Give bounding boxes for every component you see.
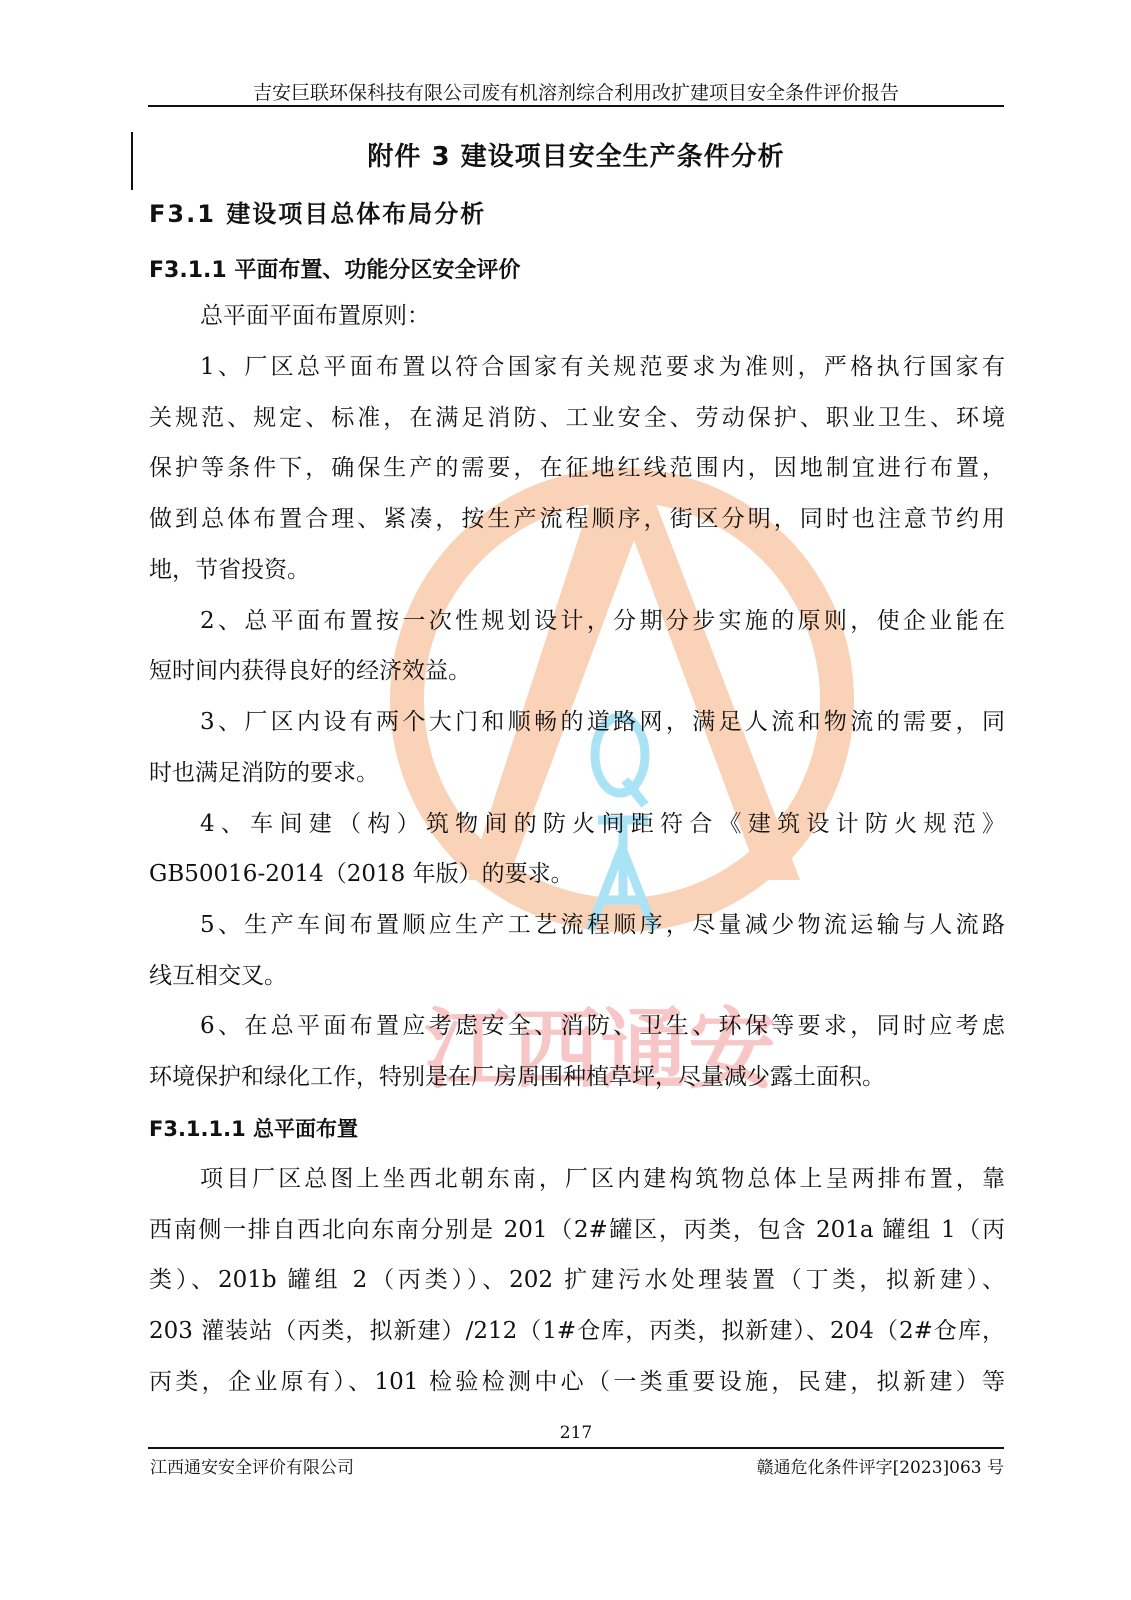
- paragraph-line: 3、厂区内设有两个大门和顺畅的道路网，满足人流和物流的需要，同: [200, 707, 1005, 737]
- paragraph-line: 2、总平面布置按一次性规划设计，分期分步实施的原则，使企业能在: [200, 606, 1005, 636]
- paragraph-line: 保护等条件下，确保生产的需要，在征地红线范围内，因地制宜进行布置，: [149, 453, 1005, 483]
- margin-bar: [131, 132, 133, 190]
- paragraph-line: GB50016-2014（2018 年版）的要求。: [149, 859, 1005, 889]
- paragraph-line: 5、生产车间布置顺应生产工艺流程顺序，尽量减少物流运输与人流路: [200, 910, 1005, 940]
- paragraph-line: 地，节省投资。: [149, 555, 1005, 585]
- section-heading: F3.1 建设项目总体布局分析: [149, 194, 486, 229]
- page-number: 217: [148, 1423, 1004, 1443]
- paragraph-line: 6、在总平面布置应考虑安全、消防、卫生、环保等要求，同时应考虑: [200, 1011, 1005, 1041]
- paragraph-line: 类）、201b 罐组 2（丙类））、202 扩建污水处理装置（丁类，拟新建）、: [149, 1265, 1005, 1295]
- document-title: 附件 3 建设项目安全生产条件分析: [148, 136, 1004, 173]
- paragraph-line: 环境保护和绿化工作，特别是在厂房周围种植草坪，尽量减少露土面积。: [149, 1062, 1005, 1092]
- paragraph-line: 做到总体布置合理、紧凑，按生产流程顺序，街区分明，同时也注意节约用: [149, 504, 1005, 534]
- paragraph-line: 线互相交叉。: [149, 961, 1005, 991]
- footer-doc-number: 赣通危化条件评字[2023]063 号: [757, 1453, 1004, 1478]
- paragraph-line: 总平面平面布置原则：: [200, 301, 1005, 331]
- paragraph-line: 丙类，企业原有）、101 检验检测中心（一类重要设施，民建，拟新建）等: [149, 1367, 1005, 1397]
- paragraph-line: 西南侧一排自西北向东南分别是 201（2#罐区，丙类，包含 201a 罐组 1（…: [149, 1215, 1005, 1245]
- footer-company: 江西通安安全评价有限公司: [150, 1453, 354, 1478]
- footer-rule: [148, 1447, 1004, 1449]
- paragraph-line: 203 灌装站（丙类，拟新建）/212（1#仓库，丙类，拟新建）、204（2#仓…: [149, 1316, 1005, 1346]
- subsubsection-heading: F3.1.1.1 总平面布置: [149, 1113, 358, 1143]
- paragraph-line: 1、厂区总平面布置以符合国家有关规范要求为准则，严格执行国家有: [200, 352, 1005, 382]
- running-header: 吉安巨联环保科技有限公司废有机溶剂综合利用改扩建项目安全条件评价报告: [148, 78, 1004, 105]
- paragraph-line: 4、车间建（构）筑物间的防火间距符合《建筑设计防火规范》: [200, 809, 1005, 839]
- header-rule: [148, 105, 1004, 107]
- paragraph-line: 关规范、规定、标准，在满足消防、工业安全、劳动保护、职业卫生、环境: [149, 403, 1005, 433]
- paragraph-line: 项目厂区总图上坐西北朝东南，厂区内建构筑物总体上呈两排布置，靠: [200, 1164, 1005, 1194]
- subsection-heading: F3.1.1 平面布置、功能分区安全评价: [149, 253, 520, 284]
- paragraph-line: 时也满足消防的要求。: [149, 758, 1005, 788]
- paragraph-line: 短时间内获得良好的经济效益。: [149, 656, 1005, 686]
- document-page: 江西通安 吉安巨联环保科技有限公司废有机溶剂综合利用改扩建项目安全条件评价报告 …: [0, 0, 1131, 1600]
